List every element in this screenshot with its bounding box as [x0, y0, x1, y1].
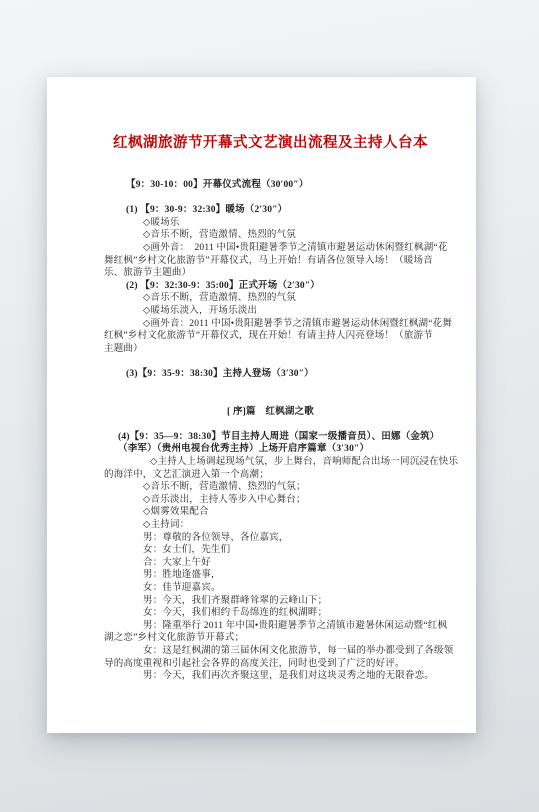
doc-line: 的海洋中，文艺汇演进入第一个高潮； — [104, 469, 437, 482]
doc-line: （李军）（贵州电视台优秀主持）上场开启序篇章（3′30″） — [104, 443, 437, 456]
doc-line — [104, 393, 437, 406]
doc-line: 女：女士们，先生们 — [104, 544, 437, 557]
doc-line — [104, 192, 437, 205]
doc-line: 女：这是红枫湖的第三届休闲文化旅游节，每一届的举办都受到了各级领 — [104, 645, 437, 658]
doc-line: 女：佳节迎嘉宾。 — [104, 582, 437, 595]
doc-line: (1) 【9：30-9：32:30】暖场（2′30″） — [104, 204, 437, 217]
doc-line — [104, 381, 437, 394]
doc-line: ◇画外音：2011 中国•贵阳避暑季节之清镇市避暑运动休闲暨红枫湖“花舞 — [104, 318, 437, 331]
document-preview-background: 红枫湖旅游节开幕式文艺演出流程及主持人台本 【9：30-10：00】开幕仪式流程… — [0, 0, 539, 812]
doc-line: 红枫”乡村文化旅游节”开幕仪式，现在开始！有请主持人闪亮登场！（旅游节 — [104, 330, 437, 343]
doc-line: ◇暖场乐淡入，开场乐淡出 — [104, 305, 437, 318]
doc-line: 男：今天，我们齐聚群峰耸翠的云峰山下； — [104, 595, 437, 608]
doc-line: ◇画外音： 2011 中国•贵阳避暑季节之清镇市避暑运动休闲暨红枫湖“花 — [104, 242, 437, 255]
doc-line: 女：今天，我们相约千岛绵连的红枫湖畔； — [104, 607, 437, 620]
doc-line: 男：今天，我们再次齐聚这里，是我们对这块灵秀之地的无限眷恋。 — [104, 670, 437, 683]
doc-line: 湖之恋”乡村文化旅游节开幕式； — [104, 632, 437, 645]
doc-line: 【9：30-10：00】开幕仪式流程（30′00″） — [104, 179, 437, 192]
doc-line: 男：隆重举行 2011 年中国•贵阳避暑季节之清镇市避暑休闲运动暨“红枫 — [104, 620, 437, 633]
doc-line: ◇音乐不断，营造激情、热烈的气氛 — [104, 292, 437, 305]
doc-line: 乐、旅游节主题曲） — [104, 267, 437, 280]
doc-line: (3)【9：35-9：38:30】主持人登场（3′30″） — [104, 368, 437, 381]
doc-line: ◇音乐不断，营造激情、热烈的气氛； — [104, 481, 437, 494]
doc-line: 主题曲） — [104, 343, 437, 356]
doc-line — [104, 355, 437, 368]
doc-line: 男：胜地逢盛事， — [104, 569, 437, 582]
doc-line: ◇烟雾效果配合 — [104, 506, 437, 519]
doc-line: ◇音乐淡出，主持人等步入中心舞台； — [104, 494, 437, 507]
doc-line: 合：大家上午好 — [104, 557, 437, 570]
doc-line: ◇音乐不断，营造激情、热烈的气氛 — [104, 229, 437, 242]
doc-line: ◇暖场乐 — [104, 217, 437, 230]
doc-line: (2) 【9：32:30-9：35:00】正式开场（2′30″） — [104, 280, 437, 293]
document-page: 红枫湖旅游节开幕式文艺演出流程及主持人台本 【9：30-10：00】开幕仪式流程… — [47, 77, 476, 733]
doc-line: ◇主持词： — [104, 519, 437, 532]
doc-line — [104, 418, 437, 431]
doc-line: (4)【9：35—9：38:30】节目主持人周进（国家一级播音员）、田娜（金筑） — [104, 431, 437, 444]
doc-line: 男：尊敬的各位领导、各位嘉宾， — [104, 532, 437, 545]
document-title: 红枫湖旅游节开幕式文艺演出流程及主持人台本 — [104, 133, 437, 153]
doc-line: [ 序]篇 红枫湖之歌 — [104, 406, 437, 419]
doc-line: 舞红枫”乡村文化旅游节”开幕仪式，马上开始！有请各位领导入场！（暖场音 — [104, 255, 437, 268]
document-body: 【9：30-10：00】开幕仪式流程（30′00″）(1) 【9：30-9：32… — [104, 179, 437, 683]
doc-line: ◇主持人上场调起现场气氛，步上舞台，音响师配合出场一同沉浸在快乐 — [104, 456, 437, 469]
doc-line: 导的高度重视和引起社会各界的高度关注，同时也受到了广泛的好评。 — [104, 658, 437, 671]
